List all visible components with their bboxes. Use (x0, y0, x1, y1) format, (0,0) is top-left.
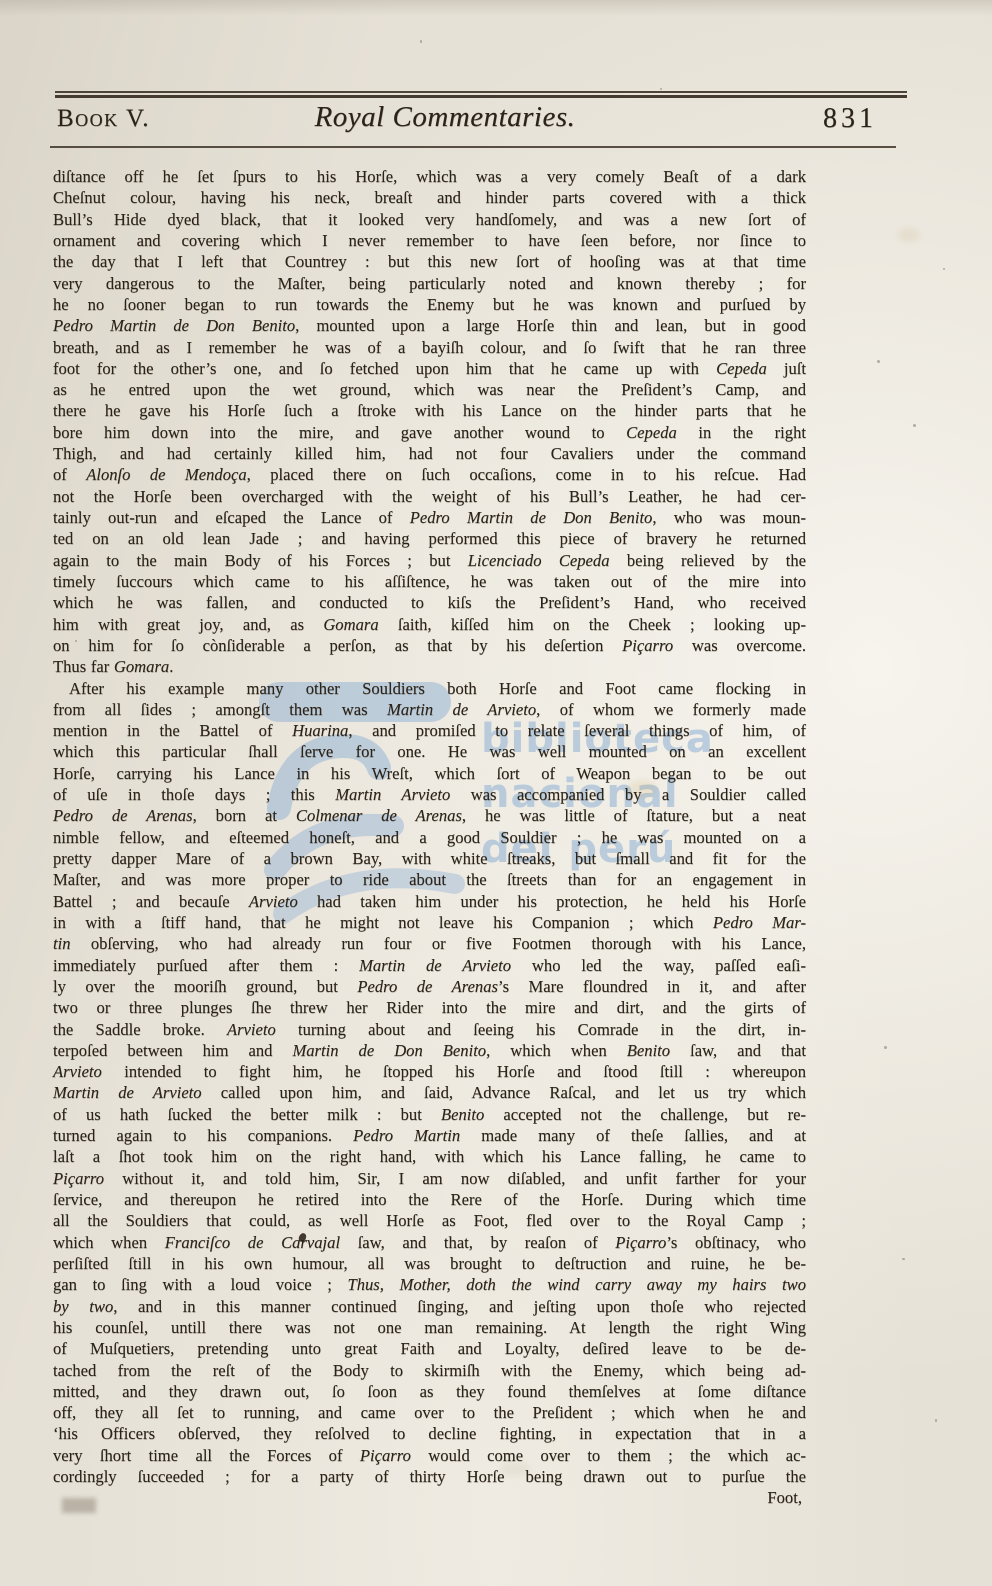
paper-speck (943, 268, 945, 270)
text-line: Bull’s Hide dyed black, that it looked v… (53, 210, 806, 231)
text-line: very ſhort time all the Forces of Piçarr… (53, 1446, 806, 1467)
book-page: biblioteca nacional del perú Book V. Roy… (0, 0, 992, 1586)
text-line: two or three plunges ſhe threw her Rider… (53, 998, 806, 1019)
text-line: off, they all ſet to running, and came o… (53, 1403, 806, 1424)
text-line: the Saddle broke. Arvieto turning about … (53, 1020, 806, 1041)
text-line: the day that I left that Countrey : but … (53, 252, 806, 273)
text-line: Pedro Martin de Don Benito, mounted upon… (53, 316, 806, 337)
text-line: mention in the Battel of Huarina, and pr… (53, 721, 806, 742)
text-line: he no ſooner began to run towards the En… (53, 295, 806, 316)
text-line: gan to ſing with a loud voice ; Thus, Mo… (53, 1275, 806, 1296)
paper-speck (877, 360, 880, 363)
text-line: very dangerous to the Maſter, being part… (53, 274, 806, 295)
text-line: cordingly ſucceeded ; for a party of thi… (53, 1467, 806, 1488)
paper-speck (913, 424, 916, 427)
paper-speck (660, 88, 662, 90)
text-line: nimble fellow, and eſteemed honeſt, and … (53, 828, 806, 849)
text-line: ornament and covering which I never reme… (53, 231, 806, 252)
header-rule (50, 146, 896, 148)
text-line: from all ſides ; amongſt them was Martin… (53, 700, 806, 721)
text-line: foot for the other’s one, and ſo fetched… (53, 359, 806, 380)
text-line: of Muſquetiers, pretending unto great Fa… (53, 1339, 806, 1360)
text-line: again to the main Body of his Forces ; b… (53, 551, 806, 572)
text-line: Pedro de Arenas, born at Colmenar de Are… (53, 806, 806, 827)
text-line: perſiſted ſtill in his own humour, all w… (53, 1254, 806, 1275)
text-line: Battel ; and becauſe Arvieto had taken h… (53, 892, 806, 913)
text-line: Horſe, carrying his Lance in his Wreſt, … (53, 764, 806, 785)
text-line: on him for ſo cònſiderable a perſon, as … (53, 636, 806, 657)
text-line: terpoſed between him and Martin de Don B… (53, 1041, 806, 1062)
book-label: Book V. (57, 105, 150, 133)
text-line: tached from the reſt of the Body to skir… (53, 1361, 806, 1382)
text-line: ted on an old lean Jade ; and having per… (53, 529, 806, 550)
text-line: which he was fallen, and conducted to ki… (53, 593, 806, 614)
text-line: Cheſnut colour, having his neck, breaſt … (53, 188, 806, 209)
text-line: which this particular ſhall ſerve for on… (53, 742, 806, 763)
text-line: in with a ſtiff hand, that he might not … (53, 913, 806, 934)
text-line: all the Souldiers that could, as well Ho… (53, 1211, 806, 1232)
text-line: Martin de Arvieto called upon him, and ſ… (53, 1083, 806, 1104)
text-line: ly over the mooriſh ground, but Pedro de… (53, 977, 806, 998)
body-text: diſtance off he ſet ſpurs to his Horſe, … (53, 167, 806, 1510)
text-line: not the Horſe been overcharged with the … (53, 487, 806, 508)
paper-speck (884, 1046, 887, 1049)
text-line: Piçarro without it, and told him, Sir, I… (53, 1169, 806, 1190)
paper-stain (898, 228, 920, 242)
paper-speck (902, 1258, 905, 1260)
text-line: which when Franciſco de Carvajal ſaw, an… (53, 1233, 806, 1254)
text-line: by two, and in this manner continued ſin… (53, 1297, 806, 1318)
text-line: laſt a ſhot took him on the right hand, … (53, 1147, 806, 1168)
text-line: Thigh, and had certainly killed him, had… (53, 444, 806, 465)
text-line: ſervice, and thereupon he retired into t… (53, 1190, 806, 1211)
text-line: as he entred upon the wet ground, which … (53, 380, 806, 401)
text-line: there he gave his Horſe ſuch a ſtroke wi… (53, 401, 806, 422)
text-line: bore him down into the mire, and gave an… (53, 423, 806, 444)
text-line: timely ſuccours which came to his aſſiſt… (53, 572, 806, 593)
text-line: mitted, and they drawn out, ſo ſoon as t… (53, 1382, 806, 1403)
text-line: tainly out-run and eſcaped the Lance of … (53, 508, 806, 529)
paper-speck (75, 640, 77, 642)
text-line: him with great joy, and, as Gomara ſaith… (53, 615, 806, 636)
text-line: diſtance off he ſet ſpurs to his Horſe, … (53, 167, 806, 188)
running-title: Royal Commentaries. (255, 101, 635, 134)
page-number: 831 (823, 103, 877, 135)
header-double-rule (55, 91, 907, 98)
text-line: pretty dapper Mare of a brown Bay, with … (53, 849, 806, 870)
text-line: immediately purſued after them : Martin … (53, 956, 806, 977)
page-header: Book V. Royal Commentaries. 831 (55, 100, 907, 148)
catchword: Foot, (53, 1488, 806, 1510)
text-line: Arvieto intended to fight him, he ſtoppe… (53, 1062, 806, 1083)
paragraph-1: diſtance off he ſet ſpurs to his Horſe, … (53, 167, 806, 679)
text-line: Maſter, and was more proper to ride abou… (53, 870, 806, 891)
text-line: his counſel, untill there was not one ma… (53, 1318, 806, 1339)
text-line: Thus far Gomara. (53, 657, 806, 678)
paragraph-2: After his example many other Souldiers b… (53, 679, 806, 1489)
text-line: of Alonſo de Mendoça, placed there on ſu… (53, 465, 806, 486)
text-line: of us hath ſucked the better milk : but … (53, 1105, 806, 1126)
paper-speck (420, 40, 422, 43)
text-line: of uſe in thoſe days ; this Martin Arvie… (53, 785, 806, 806)
text-line: tin obſerving, who had already run four … (53, 934, 806, 955)
text-line: ‘his Officers obſerved, they reſolved to… (53, 1424, 806, 1445)
text-line: After his example many other Souldiers b… (53, 679, 806, 700)
text-line: turned again to his companions. Pedro Ma… (53, 1126, 806, 1147)
paper-speck (935, 1419, 937, 1422)
text-line: breath, and as I remember he was of a ba… (53, 338, 806, 359)
